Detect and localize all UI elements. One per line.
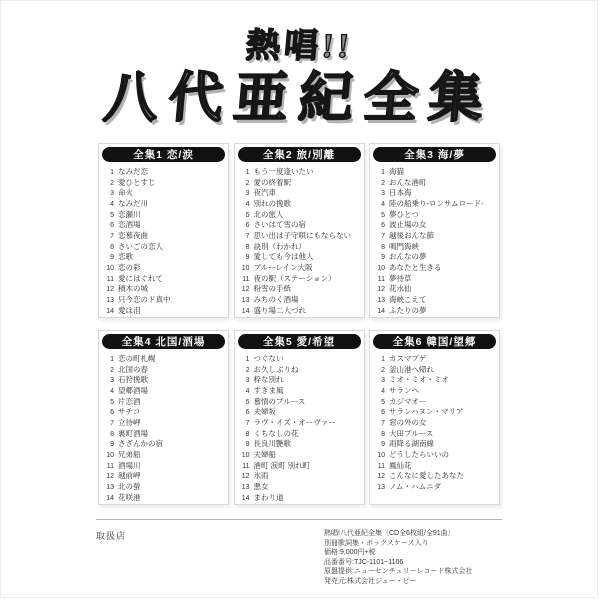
song-row: 1恋の町札幌 xyxy=(105,354,224,365)
song-title: おんなの夢 xyxy=(389,252,427,262)
song-number: 7 xyxy=(376,232,385,242)
song-number: 8 xyxy=(241,243,250,253)
song-row: 9長良川艶歌 xyxy=(241,439,360,450)
song-row: 12積木の城 xyxy=(105,284,224,295)
song-number: 2 xyxy=(241,366,250,376)
song-number: 2 xyxy=(376,366,385,376)
song-title: ラヴ・イズ・オーヴァー xyxy=(254,418,336,428)
song-number: 2 xyxy=(105,366,114,376)
song-title: 別れの挽歌 xyxy=(254,199,292,209)
song-row: 12花水仙 xyxy=(376,284,495,295)
song-number: 1 xyxy=(241,355,250,365)
song-number: 9 xyxy=(241,440,250,450)
song-title: なみだ川 xyxy=(118,199,148,209)
song-title: お久しぶりね xyxy=(254,365,299,375)
product-line: 別冊歌詞集・ボックスケース入り xyxy=(324,539,502,549)
song-title: 命火 xyxy=(118,188,133,198)
dealer-label: 取扱店 xyxy=(96,529,126,542)
song-number: 5 xyxy=(105,211,114,221)
song-number: 4 xyxy=(376,387,385,397)
song-title: 海猫 xyxy=(389,167,404,177)
song-title: 大田ブルース xyxy=(389,429,433,439)
song-row: 8くちなしの花 xyxy=(241,429,360,440)
song-row: 7思い出は子守唄にもならない xyxy=(241,231,360,242)
song-row: 13只今恋のド真中 xyxy=(105,295,224,306)
song-title: 粋な別れ xyxy=(254,375,284,385)
song-number: 6 xyxy=(105,408,114,418)
song-number: 15 xyxy=(241,504,250,505)
song-row: 5北の旅人 xyxy=(241,210,360,221)
song-title: サチコ xyxy=(118,407,140,417)
song-title: 恋慕夜曲 xyxy=(118,231,148,241)
song-row: 11港町 涙町 別れ町 xyxy=(241,461,360,472)
product-line: 原盤提供:ニューセンチュリーレコード株式会社 xyxy=(324,567,502,577)
song-title: 花咲港 xyxy=(118,493,141,503)
song-number: 13 xyxy=(105,296,114,306)
product-info: 熱唱!八代亜紀全集〔CD全6枚組/全91曲〕別冊歌詞集・ボックスケース入り価格:… xyxy=(324,529,502,587)
song-list: 1なみだ恋2愛ひとすじ3命火4なみだ川5恋瀬川6恋酒場7恋慕夜曲8さいごの恋人9… xyxy=(99,164,228,318)
song-number: 10 xyxy=(376,264,385,274)
song-title: 粉雪の手紙 xyxy=(254,284,292,294)
song-title: 氷雨 xyxy=(254,471,269,481)
song-number: 8 xyxy=(376,243,385,253)
collection-box: 全集4 北国/酒場 1恋の町札幌2北国の春3石狩挽歌4望郷酒場5片恋酒6サチコ7… xyxy=(98,330,229,505)
collection-box: 全集2 旅/別離 1もう一度逢いたい2愛の終着駅3夜汽車4別れの挽歌5北の旅人6… xyxy=(234,143,365,318)
product-line: 品番番号:TJC-1101~1106 xyxy=(324,558,502,568)
song-row: 15海峡しぐれ xyxy=(376,316,495,318)
song-row: 13悪女 xyxy=(241,482,360,493)
song-row: 14愛は泪 xyxy=(105,306,224,317)
song-row: 6夫婦坂 xyxy=(241,407,360,418)
song-number: 8 xyxy=(241,430,250,440)
song-row: 7窓の外の女 xyxy=(376,418,495,429)
song-number: 10 xyxy=(376,451,385,461)
song-number: 15 xyxy=(241,317,250,318)
song-title: さざんかの宿 xyxy=(118,439,163,449)
song-row: 7恋慕夜曲 xyxy=(105,231,224,242)
song-title: 恋酒場 xyxy=(118,220,141,230)
song-number: 5 xyxy=(376,211,385,221)
song-number: 8 xyxy=(376,430,385,440)
song-row: 1なみだ恋 xyxy=(105,167,224,178)
song-number: 4 xyxy=(376,200,385,210)
song-number: 1 xyxy=(105,168,114,178)
song-row: 15裏町しぐれ xyxy=(241,316,360,318)
song-title: もう一度逢いたい xyxy=(254,167,314,177)
song-title: 波止場の女 xyxy=(389,220,427,230)
collection-box: 全集1 恋/涙 1なみだ恋2愛ひとすじ3命火4なみだ川5恋瀬川6恋酒場7恋慕夜曲… xyxy=(98,143,229,318)
song-number: 14 xyxy=(241,494,250,504)
song-row: 11夢待草 xyxy=(376,274,495,285)
song-list: 1海猫2おんな港町3日本海4陸の船乗り-ロンサムロード-5夢ひとつ6波止場の女7… xyxy=(370,164,499,318)
song-number: 10 xyxy=(241,451,250,461)
song-title: 裏町しぐれ xyxy=(254,316,292,318)
song-number: 10 xyxy=(105,451,114,461)
song-row: 13北の螢 xyxy=(105,482,224,493)
song-title: みちのく酒場 xyxy=(254,295,299,305)
song-title: 夫婦坂 xyxy=(254,407,277,417)
song-list: 1恋の町札幌2北国の春3石狩挽歌4望郷酒場5片恋酒6サチコ7立待岬8裏町酒場9さ… xyxy=(99,351,228,505)
song-title: 恋の町札幌 xyxy=(118,354,156,364)
song-title: 夫婦船 xyxy=(254,450,277,460)
song-row: 2北国の春 xyxy=(105,365,224,376)
song-row: 4別れの挽歌 xyxy=(241,199,360,210)
song-title: 港町 涙町 別れ町 xyxy=(254,461,311,471)
song-row: 4なみだ川 xyxy=(105,199,224,210)
song-number: 4 xyxy=(105,387,114,397)
song-title: 海峡こえて xyxy=(389,295,427,305)
product-line: 価格:9,000円+税 xyxy=(324,548,502,558)
song-title: 夜汽車 xyxy=(254,188,277,198)
song-number: 15 xyxy=(105,504,114,505)
song-title: どうしたらいいの xyxy=(389,450,449,460)
song-number: 12 xyxy=(241,472,250,482)
song-number: 3 xyxy=(105,189,114,199)
song-title: 花水仙 xyxy=(389,284,412,294)
song-number: 6 xyxy=(376,408,385,418)
song-row: 14花咲港 xyxy=(105,493,224,504)
song-row: 8さいごの恋人 xyxy=(105,242,224,253)
footer: 取扱店 熱唱!八代亜紀全集〔CD全6枚組/全91曲〕別冊歌詞集・ボックスケース入… xyxy=(96,519,502,587)
song-row: 4望郷酒場 xyxy=(105,386,224,397)
song-title: 鳴門海峡 xyxy=(389,242,419,252)
song-row: 14ふたりの夢 xyxy=(376,306,495,317)
song-title: さいごの恋人 xyxy=(118,242,163,252)
song-number: 3 xyxy=(241,376,250,386)
song-number: 11 xyxy=(241,462,250,472)
song-row: 8大田ブルース xyxy=(376,429,495,440)
song-number: 7 xyxy=(105,232,114,242)
song-title: 愛の終着駅 xyxy=(254,178,292,188)
song-row: 11鳳仙花 xyxy=(376,461,495,472)
song-number: 9 xyxy=(105,253,114,263)
song-title: 恋の彩 xyxy=(118,263,141,273)
song-row: 9恋歌 xyxy=(105,252,224,263)
song-title: 日本海 xyxy=(389,188,412,198)
collections-grid: 全集1 恋/涙 1なみだ恋2愛ひとすじ3命火4なみだ川5恋瀬川6恋酒場7恋慕夜曲… xyxy=(98,143,500,505)
song-row: 13海峡こえて xyxy=(376,295,495,306)
song-number: 4 xyxy=(105,200,114,210)
song-row: 4陸の船乗り-ロンサムロード- xyxy=(376,199,495,210)
song-title: 越後おんな節 xyxy=(389,231,434,241)
song-number: 6 xyxy=(376,221,385,231)
song-number: 1 xyxy=(241,168,250,178)
song-number: 9 xyxy=(376,253,385,263)
song-title: 越前岬 xyxy=(118,471,141,481)
song-number: 3 xyxy=(376,376,385,386)
song-title: 愛にはぐれて xyxy=(118,274,163,284)
song-row: 3石狩挽歌 xyxy=(105,375,224,386)
song-row: 5恋瀬川 xyxy=(105,210,224,221)
song-title: ふたりの夢 xyxy=(389,306,427,316)
song-number: 1 xyxy=(376,355,385,365)
song-row: 12こんなに愛したあなた xyxy=(376,471,495,482)
song-title: 酒場川 xyxy=(118,461,141,471)
song-title: 積木の城 xyxy=(118,284,148,294)
song-row: 10兄弟船 xyxy=(105,450,224,461)
song-title: 釜山港へ帰れ xyxy=(389,365,434,375)
song-title: 北の螢 xyxy=(118,482,141,492)
song-row: 8訣別（わかれ） xyxy=(241,242,360,253)
song-row: 6サランハヌン・マリア xyxy=(376,407,495,418)
product-line: 熱唱!八代亜紀全集〔CD全6枚組/全91曲〕 xyxy=(324,529,502,539)
song-title: すきま風 xyxy=(254,386,284,396)
song-title: 愛しても今は他人 xyxy=(254,252,314,262)
song-row: 10夫婦船 xyxy=(241,450,360,461)
song-row: 6サチコ xyxy=(105,407,224,418)
collection-box: 全集3 海/夢 1海猫2おんな港町3日本海4陸の船乗り-ロンサムロード-5夢ひと… xyxy=(369,143,500,318)
song-row: 1海猫 xyxy=(376,167,495,178)
song-row: 3命火 xyxy=(105,188,224,199)
song-row: 11夜の駅（ステーション） xyxy=(241,274,360,285)
song-row: 6恋酒場 xyxy=(105,220,224,231)
song-number: 7 xyxy=(376,419,385,429)
song-number: 7 xyxy=(105,419,114,429)
song-row: 5夢ひとつ xyxy=(376,210,495,221)
song-row: 3夜汽車 xyxy=(241,188,360,199)
song-number: 11 xyxy=(376,462,385,472)
song-number: 3 xyxy=(376,189,385,199)
song-number: 2 xyxy=(376,179,385,189)
flyer-page: 熱唱!! 八代亜紀全集 全集1 恋/涙 1なみだ恋2愛ひとすじ3命火4なみだ川5… xyxy=(0,0,598,598)
song-row: 13ノム・ハムニダ xyxy=(376,482,495,493)
title-top: 熱唱!! xyxy=(244,27,354,67)
song-row: 4すきま風 xyxy=(241,386,360,397)
song-title: 海峡しぐれ xyxy=(389,316,427,318)
song-number: 9 xyxy=(376,440,385,450)
collection-header: 全集5 愛/希望 xyxy=(238,334,361,349)
song-title: 夢待草 xyxy=(389,274,412,284)
song-title: つぐない xyxy=(254,354,284,364)
song-number: 12 xyxy=(105,285,114,295)
song-row: 11酒場川 xyxy=(105,461,224,472)
song-title: 兄弟船 xyxy=(118,450,141,460)
song-number: 4 xyxy=(241,200,250,210)
song-title: カジマオー xyxy=(389,397,427,407)
song-title: 長良川艶歌 xyxy=(254,439,292,449)
song-list: 1もう一度逢いたい2愛の終着駅3夜汽車4別れの挽歌5北の旅人6さいはて雪の宿7思… xyxy=(235,164,364,318)
song-number: 5 xyxy=(376,398,385,408)
song-title: 恋瀬川 xyxy=(118,210,141,220)
song-title: 愛は泪 xyxy=(118,306,141,316)
song-number: 10 xyxy=(241,264,250,274)
song-row: 3ミオ・ミオ・ミオ xyxy=(376,375,495,386)
song-row: 12粉雪の手紙 xyxy=(241,284,360,295)
song-title: 石狩挽歌 xyxy=(118,375,148,385)
song-number: 12 xyxy=(105,472,114,482)
song-number: 6 xyxy=(105,221,114,231)
song-number: 14 xyxy=(241,307,250,317)
song-number: 7 xyxy=(241,232,250,242)
song-row: 12越前岬 xyxy=(105,471,224,482)
title-block: 熱唱!! 八代亜紀全集 xyxy=(1,1,597,129)
song-number: 14 xyxy=(105,307,114,317)
song-number: 8 xyxy=(105,430,114,440)
song-title: 鳳仙花 xyxy=(389,461,412,471)
song-number: 13 xyxy=(376,483,385,493)
song-number: 2 xyxy=(241,179,250,189)
song-number: 8 xyxy=(105,243,114,253)
song-number: 5 xyxy=(241,211,250,221)
song-row: 5片恋酒 xyxy=(105,397,224,408)
song-title: まわり道 xyxy=(254,493,284,503)
song-title: 雨降る湖南線 xyxy=(389,439,434,449)
song-title: 窓の外の女 xyxy=(389,418,427,428)
song-number: 6 xyxy=(241,221,250,231)
song-title: 慕情のブルース xyxy=(254,397,306,407)
song-row: 9愛しても今は他人 xyxy=(241,252,360,263)
song-title: 北国の春 xyxy=(118,365,148,375)
song-number: 4 xyxy=(241,387,250,397)
song-title: なみだ恋 xyxy=(118,167,148,177)
collection-header: 全集2 旅/別離 xyxy=(238,147,361,162)
song-row: 14まわり道 xyxy=(241,493,360,504)
song-title: サランハヌン・マリア xyxy=(389,407,463,417)
song-number: 11 xyxy=(241,275,250,285)
collection-header: 全集3 海/夢 xyxy=(373,147,496,162)
song-row: 11愛にはぐれて xyxy=(105,274,224,285)
song-row: 2おんな港町 xyxy=(376,178,495,189)
song-row: 6さいはて雪の宿 xyxy=(241,220,360,231)
song-number: 5 xyxy=(241,398,250,408)
song-row: 2お久しぶりね xyxy=(241,365,360,376)
song-row: 5慕情のブルース xyxy=(241,397,360,408)
song-number: 10 xyxy=(105,264,114,274)
song-row: 9雨降る湖南線 xyxy=(376,439,495,450)
song-number: 14 xyxy=(105,494,114,504)
song-title: 思い出は子守唄にもならない xyxy=(254,231,352,241)
collection-header: 全集1 恋/涙 xyxy=(102,147,225,162)
song-number: 3 xyxy=(105,376,114,386)
song-title: 夢ひとつ xyxy=(389,210,419,220)
song-number: 2 xyxy=(105,179,114,189)
song-title: ノム・ハムニダ xyxy=(389,482,441,492)
song-number: 6 xyxy=(241,408,250,418)
product-line: 発売元:株式会社ジェー・ピー xyxy=(324,577,502,587)
song-title: サランヘ xyxy=(389,386,419,396)
song-title: 立待岬 xyxy=(118,418,141,428)
song-number: 1 xyxy=(105,355,114,365)
song-title: 盛り場二人づれ xyxy=(254,306,307,316)
song-title: あなたと生きる xyxy=(389,263,442,273)
song-title: 陸の船乗り-ロンサムロード- xyxy=(389,199,484,209)
song-row: 2愛の終着駅 xyxy=(241,178,360,189)
song-title: 只今恋のド真中 xyxy=(118,295,171,305)
song-row: 12氷雨 xyxy=(241,471,360,482)
song-title: 北の旅人 xyxy=(254,210,284,220)
song-row: 5カジマオー xyxy=(376,397,495,408)
song-row: 14盛り場二人づれ xyxy=(241,306,360,317)
song-title: ブルーレイン大阪 xyxy=(254,263,313,273)
song-number: 7 xyxy=(241,419,250,429)
collection-box: 全集5 愛/希望 1つぐない2お久しぶりね3粋な別れ4すきま風5慕情のブルース6… xyxy=(234,330,365,505)
collection-header: 全集6 韓国/望郷 xyxy=(373,334,496,349)
song-title: 未練ぐせ xyxy=(118,316,148,318)
song-row: 8鳴門海峡 xyxy=(376,242,495,253)
page-title: 八代亜紀全集 xyxy=(0,67,600,129)
song-row: 7越後おんな節 xyxy=(376,231,495,242)
song-row: 10恋の彩 xyxy=(105,263,224,274)
song-title: おんな港町 xyxy=(389,178,427,188)
song-row: 1つぐない xyxy=(241,354,360,365)
song-list: 1つぐない2お久しぶりね3粋な別れ4すきま風5慕情のブルース6夫婦坂7ラヴ・イズ… xyxy=(235,351,364,505)
song-number: 13 xyxy=(376,296,385,306)
song-row: 10どうしたらいいの xyxy=(376,450,495,461)
song-number: 15 xyxy=(376,317,385,318)
song-title: 北酒場 xyxy=(118,503,141,505)
song-row: 15矢切の渡し xyxy=(241,503,360,505)
song-row: 2釜山港へ帰れ xyxy=(376,365,495,376)
song-title: ミオ・ミオ・ミオ xyxy=(389,375,449,385)
song-number: 3 xyxy=(241,189,250,199)
song-row: 1もう一度逢いたい xyxy=(241,167,360,178)
song-number: 12 xyxy=(376,285,385,295)
song-title: 望郷酒場 xyxy=(118,386,148,396)
song-title: 矢切の渡し xyxy=(254,503,292,505)
song-row: 15北酒場 xyxy=(105,503,224,505)
song-row: 9さざんかの宿 xyxy=(105,439,224,450)
song-row: 1カスマプゲ xyxy=(376,354,495,365)
song-title: 訣別（わかれ） xyxy=(254,242,307,252)
song-title: 裏町酒場 xyxy=(118,429,148,439)
song-row: 8裏町酒場 xyxy=(105,429,224,440)
song-row: 6波止場の女 xyxy=(376,220,495,231)
song-row: 9おんなの夢 xyxy=(376,252,495,263)
song-row: 3日本海 xyxy=(376,188,495,199)
collection-box: 全集6 韓国/望郷 1カスマプゲ2釜山港へ帰れ3ミオ・ミオ・ミオ4サランヘ5カジ… xyxy=(369,330,500,505)
song-title: くちなしの花 xyxy=(254,429,299,439)
song-title: 片恋酒 xyxy=(118,397,141,407)
song-title: 愛ひとすじ xyxy=(118,178,156,188)
song-number: 14 xyxy=(376,307,385,317)
song-number: 1 xyxy=(376,168,385,178)
song-title: カスマプゲ xyxy=(389,354,426,364)
song-number: 11 xyxy=(105,275,114,285)
song-row: 3粋な別れ xyxy=(241,375,360,386)
song-row: 15未練ぐせ xyxy=(105,316,224,318)
song-title: 悪女 xyxy=(254,482,269,492)
song-row: 2愛ひとすじ xyxy=(105,178,224,189)
song-title: こんなに愛したあなた xyxy=(389,471,464,481)
song-row: 10ブルーレイン大阪 xyxy=(241,263,360,274)
song-title: さいはて雪の宿 xyxy=(254,220,307,230)
collection-header: 全集4 北国/酒場 xyxy=(102,334,225,349)
song-number: 13 xyxy=(241,483,250,493)
song-row: 4サランヘ xyxy=(376,386,495,397)
song-number: 9 xyxy=(241,253,250,263)
song-list: 1カスマプゲ2釜山港へ帰れ3ミオ・ミオ・ミオ4サランヘ5カジマオー6サランハヌン… xyxy=(370,351,499,493)
song-number: 12 xyxy=(241,285,250,295)
song-row: 7ラヴ・イズ・オーヴァー xyxy=(241,418,360,429)
song-number: 15 xyxy=(105,317,114,318)
song-row: 10あなたと生きる xyxy=(376,263,495,274)
song-title: 恋歌 xyxy=(118,252,133,262)
song-number: 5 xyxy=(105,398,114,408)
song-number: 13 xyxy=(105,483,114,493)
song-number: 9 xyxy=(105,440,114,450)
song-number: 11 xyxy=(376,275,385,285)
song-title: 夜の駅（ステーション） xyxy=(254,274,336,284)
song-row: 7立待岬 xyxy=(105,418,224,429)
song-number: 12 xyxy=(376,472,385,482)
song-row: 13みちのく酒場 xyxy=(241,295,360,306)
song-number: 11 xyxy=(105,462,114,472)
song-number: 13 xyxy=(241,296,250,306)
